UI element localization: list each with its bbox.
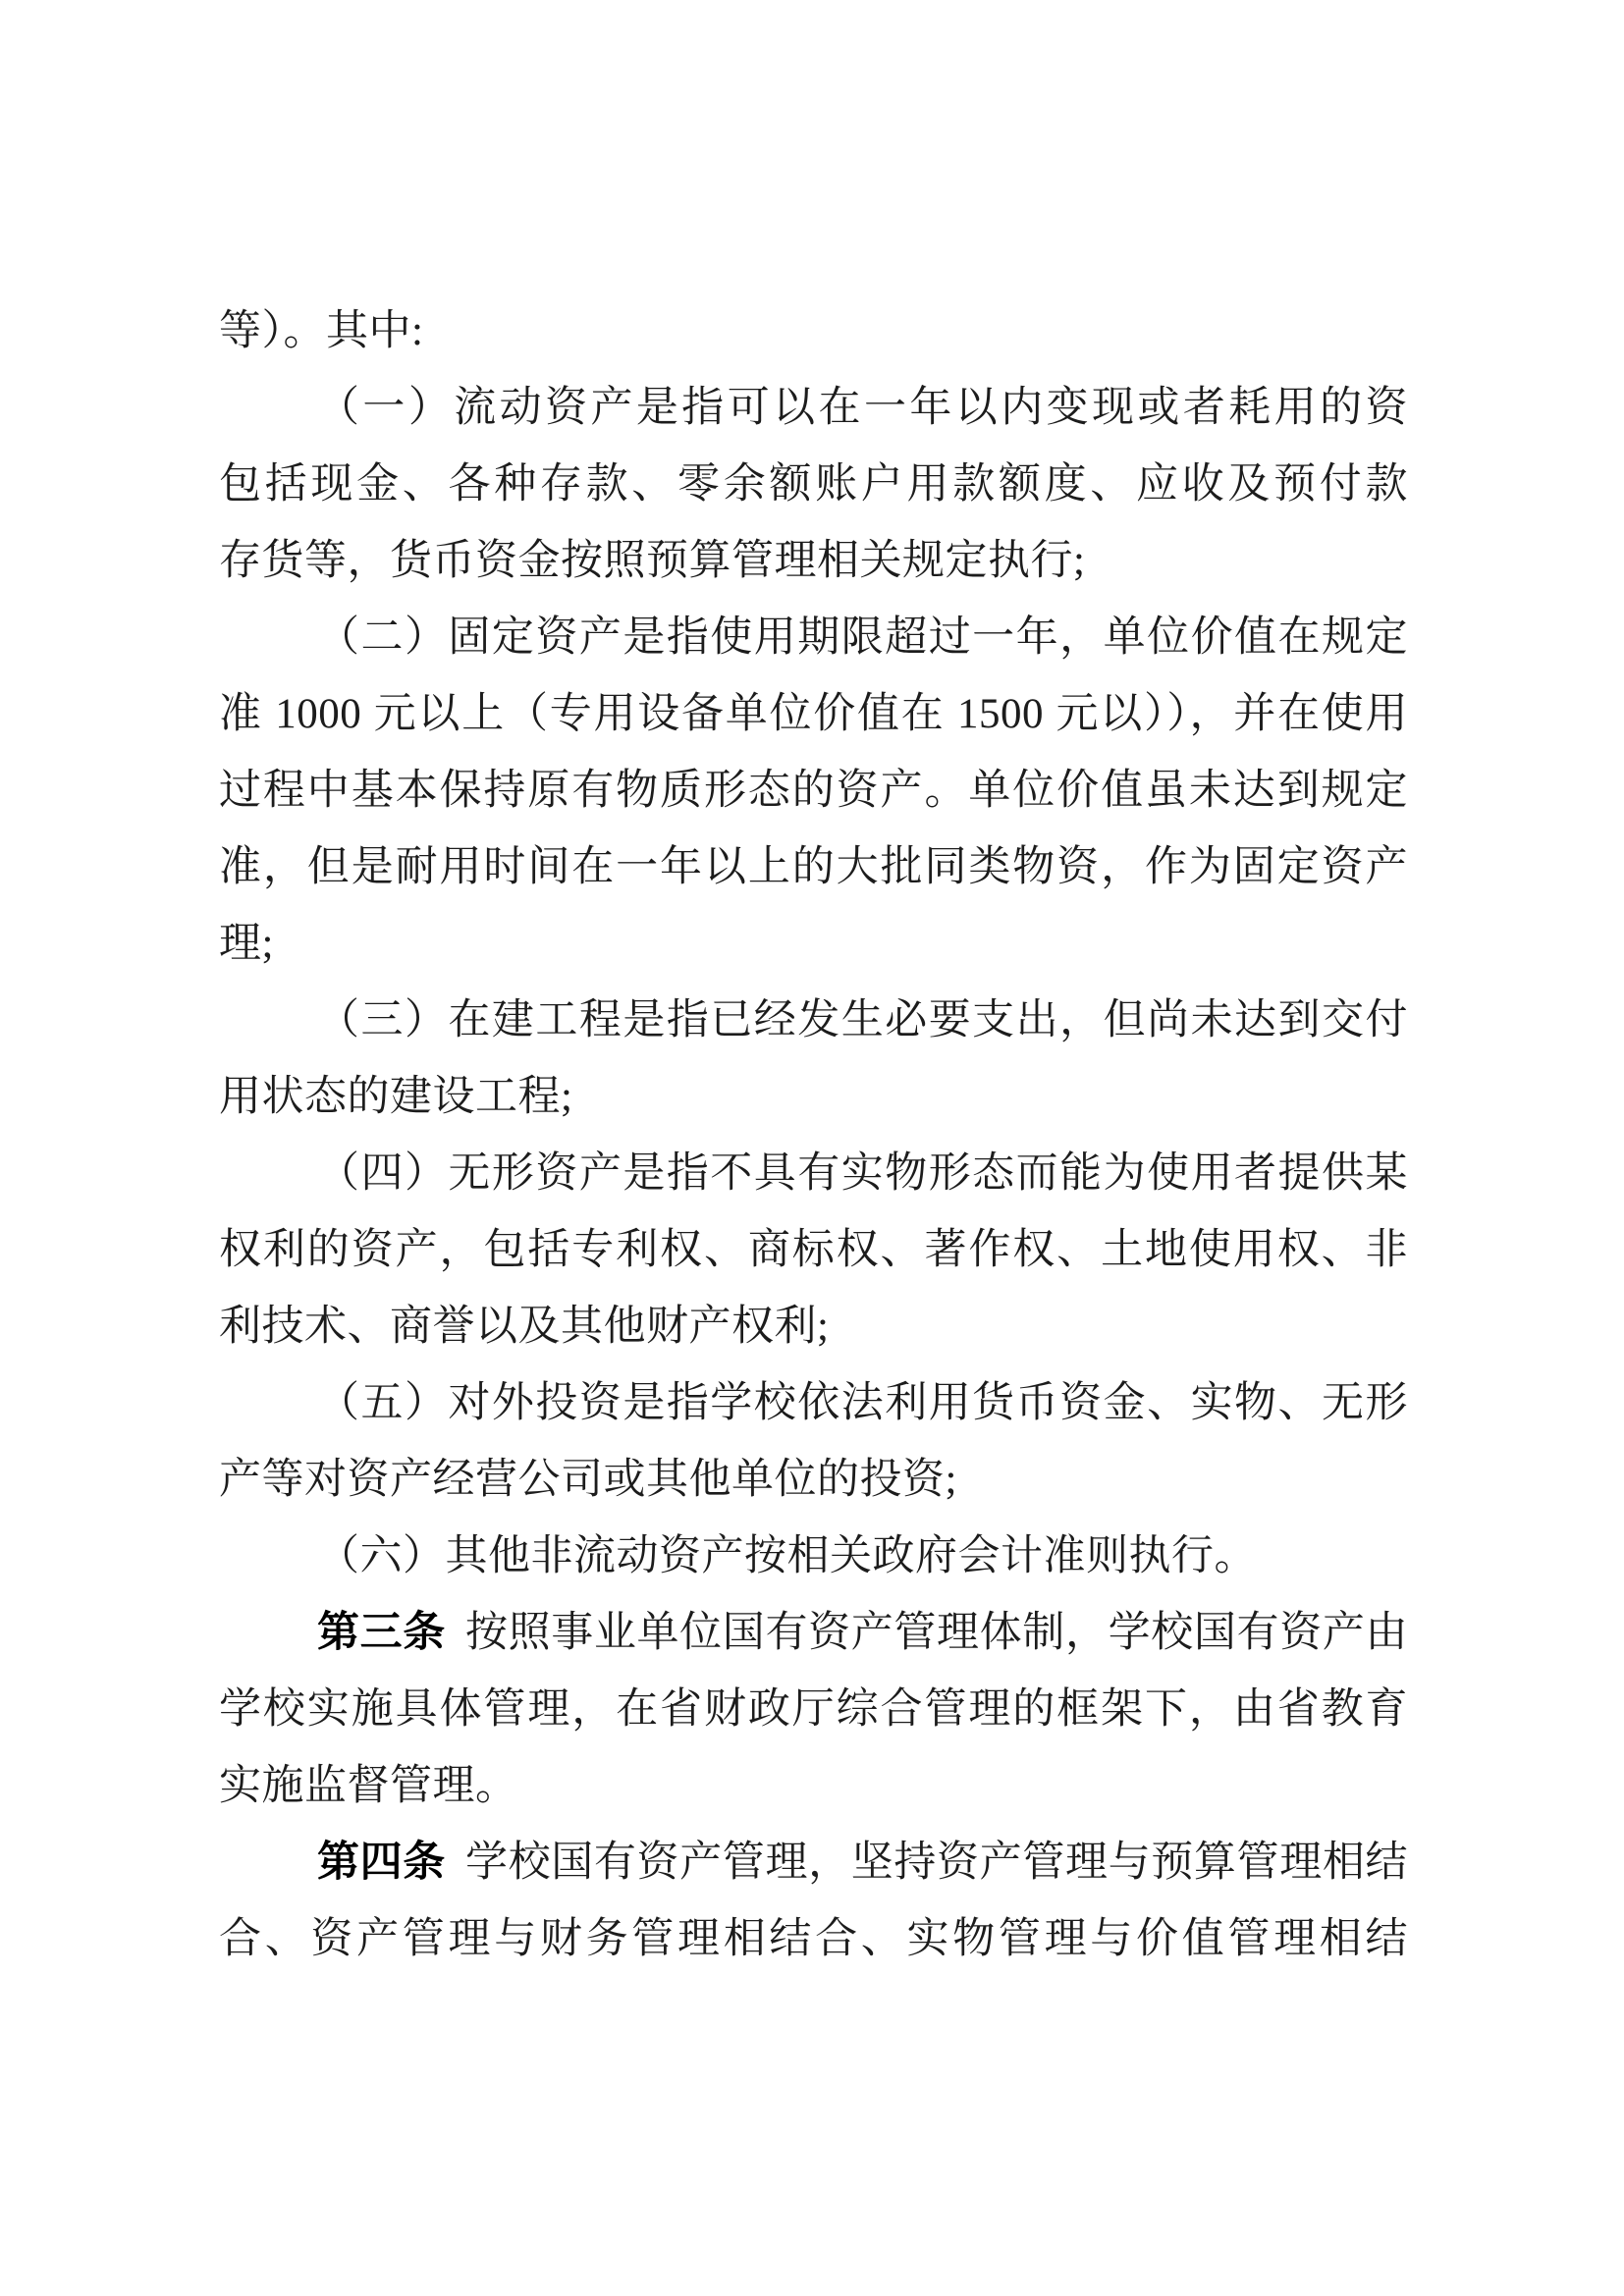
document-line: 用状态的建设工程;: [219, 1059, 1408, 1136]
article-number: 第四条: [317, 1840, 446, 1886]
line-text: 学校国有资产管理，坚持资产管理与预算管理相结: [465, 1840, 1408, 1886]
document-line: 包括现金、各种存款、零余额账户用款额度、应收及预付款项、: [219, 447, 1408, 523]
document-line: 实施监督管理。: [219, 1748, 1408, 1825]
document-page: 等）。其中: （一）流动资产是指可以在一年以内变现或者耗用的资产， 包括现金、各…: [0, 0, 1624, 2296]
article-number: 第三条: [317, 1610, 446, 1656]
document-line: 产等对资产经营公司或其他单位的投资;: [219, 1442, 1408, 1519]
document-line: 准 1000 元以上（专用设备单位价值在 1500 元以）），并在使用: [219, 676, 1408, 753]
document-line: 权利的资产，包括专利权、商标权、著作权、土地使用权、非专: [219, 1212, 1408, 1289]
document-line: 准，但是耐用时间在一年以上的大批同类物资，作为固定资产管: [219, 829, 1408, 906]
document-line: 理;: [219, 906, 1408, 983]
document-line: （三）在建工程是指已经发生必要支出，但尚未达到交付使: [219, 983, 1408, 1059]
document-line: 利技术、商誉以及其他财产权利;: [219, 1289, 1408, 1365]
document-line: （六）其他非流动资产按相关政府会计准则执行。: [219, 1519, 1408, 1595]
document-line: 过程中基本保持原有物质形态的资产。单位价值虽未达到规定标: [219, 753, 1408, 829]
document-line: 等）。其中:: [219, 294, 1408, 370]
document-text: 等）。其中: （一）流动资产是指可以在一年以内变现或者耗用的资产， 包括现金、各…: [219, 294, 1408, 1978]
document-line: 第三条按照事业单位国有资产管理体制，学校国有资产由: [219, 1595, 1408, 1672]
document-line: （四）无形资产是指不具有实物形态而能为使用者提供某种: [219, 1136, 1408, 1212]
document-line: （二）固定资产是指使用期限超过一年，单位价值在规定标: [219, 600, 1408, 676]
line-text: 按照事业单位国有资产管理体制，学校国有资产由: [465, 1610, 1408, 1656]
document-line: （一）流动资产是指可以在一年以内变现或者耗用的资产，: [219, 370, 1408, 447]
document-line: 合、资产管理与财务管理相结合、实物管理与价值管理相结合、: [219, 1901, 1408, 1978]
document-line: 第四条学校国有资产管理，坚持资产管理与预算管理相结: [219, 1825, 1408, 1901]
document-line: 学校实施具体管理，在省财政厅综合管理的框架下，由省教育厅: [219, 1672, 1408, 1748]
document-line: （五）对外投资是指学校依法利用货币资金、实物、无形资: [219, 1365, 1408, 1442]
document-line: 存货等，货币资金按照预算管理相关规定执行;: [219, 523, 1408, 600]
